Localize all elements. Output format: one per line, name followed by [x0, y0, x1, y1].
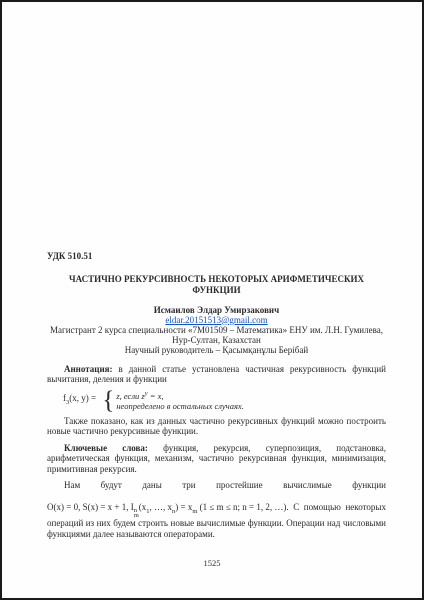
- abstract-label: Аннотация:: [64, 364, 113, 374]
- udc-code: УДК 510.51: [47, 251, 386, 262]
- formula-args: (x, y) =: [69, 393, 98, 403]
- intro-rest: операций из них будем строить новые вычи…: [47, 518, 386, 539]
- math-part: , …, x: [150, 502, 173, 512]
- formula-lhs: f3(x, y) =: [63, 393, 98, 408]
- paper-title-line2: ФУНКЦИИ: [47, 285, 386, 297]
- paper-title-line1: ЧАСТИЧНО РЕКУРСИВНОСТЬ НЕКОТОРЫХ АРИФМЕТ…: [47, 274, 386, 286]
- curly-brace: {: [102, 389, 114, 413]
- inline-math: O(x) = 0, S(x) = x + 1, Inm(x1, …, xn) =…: [47, 501, 289, 518]
- intro-paragraph: Нам будут даны три простейшие вычислимые…: [47, 480, 386, 539]
- paper-page: УДК 510.51 ЧАСТИЧНО РЕКУРСИВНОСТЬ НЕКОТО…: [0, 0, 424, 600]
- math-part: ) = x: [175, 502, 192, 512]
- author-email-link[interactable]: eldar.20151513@gmail.com: [165, 315, 267, 325]
- advisor-line: Научный руководитель – Қасымқанұлы Беріб…: [47, 345, 386, 355]
- page-number: 1525: [2, 558, 422, 568]
- keywords-label: Ключевые слова:: [64, 443, 148, 453]
- paper-title: ЧАСТИЧНО РЕКУРСИВНОСТЬ НЕКОТОРЫХ АРИФМЕТ…: [47, 274, 386, 297]
- intro-word: некоторых: [345, 501, 385, 514]
- intro-word: С: [293, 501, 299, 514]
- formula-cases: z, если zy = x, неопределено в остальных…: [116, 389, 244, 412]
- formula-case1: z, если zy = x,: [116, 389, 244, 401]
- page-content: УДК 510.51 ЧАСТИЧНО РЕКУРСИВНОСТЬ НЕКОТО…: [47, 251, 386, 539]
- math-part: O(x) = 0, S(x) = x + 1, I: [47, 502, 134, 512]
- author-name: Исмаилов Элдар Умирзакович: [47, 305, 386, 315]
- affiliation-line1: Магистрант 2 курса специальности «7М0150…: [47, 325, 386, 335]
- case1-pre: z, если z: [116, 391, 144, 401]
- affiliation-line2: Нур-Султан, Казахстан: [47, 335, 386, 345]
- math-part: (1 ≤ m ≤ n; n = 1, 2, …).: [197, 502, 288, 512]
- case1-post: = x,: [148, 391, 164, 401]
- intro-math-line: O(x) = 0, S(x) = x + 1, Inm(x1, …, xn) =…: [47, 501, 386, 518]
- cases-formula: f3(x, y) = { z, если zy = x, неопределен…: [63, 389, 386, 413]
- intro-word: помощью: [304, 501, 341, 514]
- author-email-row: eldar.20151513@gmail.com: [47, 315, 386, 325]
- abstract-paragraph: Аннотация: в данной статье установлена ч…: [47, 364, 386, 385]
- keywords-paragraph: Ключевые слова: функция, рекурсия, супер…: [47, 443, 386, 475]
- formula-case2: неопределено в остальных случаях.: [116, 401, 244, 412]
- byline: Исмаилов Элдар Умирзакович eldar.2015151…: [47, 305, 386, 355]
- also-paragraph: Также показано, как из данных частично р…: [47, 416, 386, 437]
- intro-line1: Нам будут даны три простейшие вычислимые…: [47, 480, 386, 501]
